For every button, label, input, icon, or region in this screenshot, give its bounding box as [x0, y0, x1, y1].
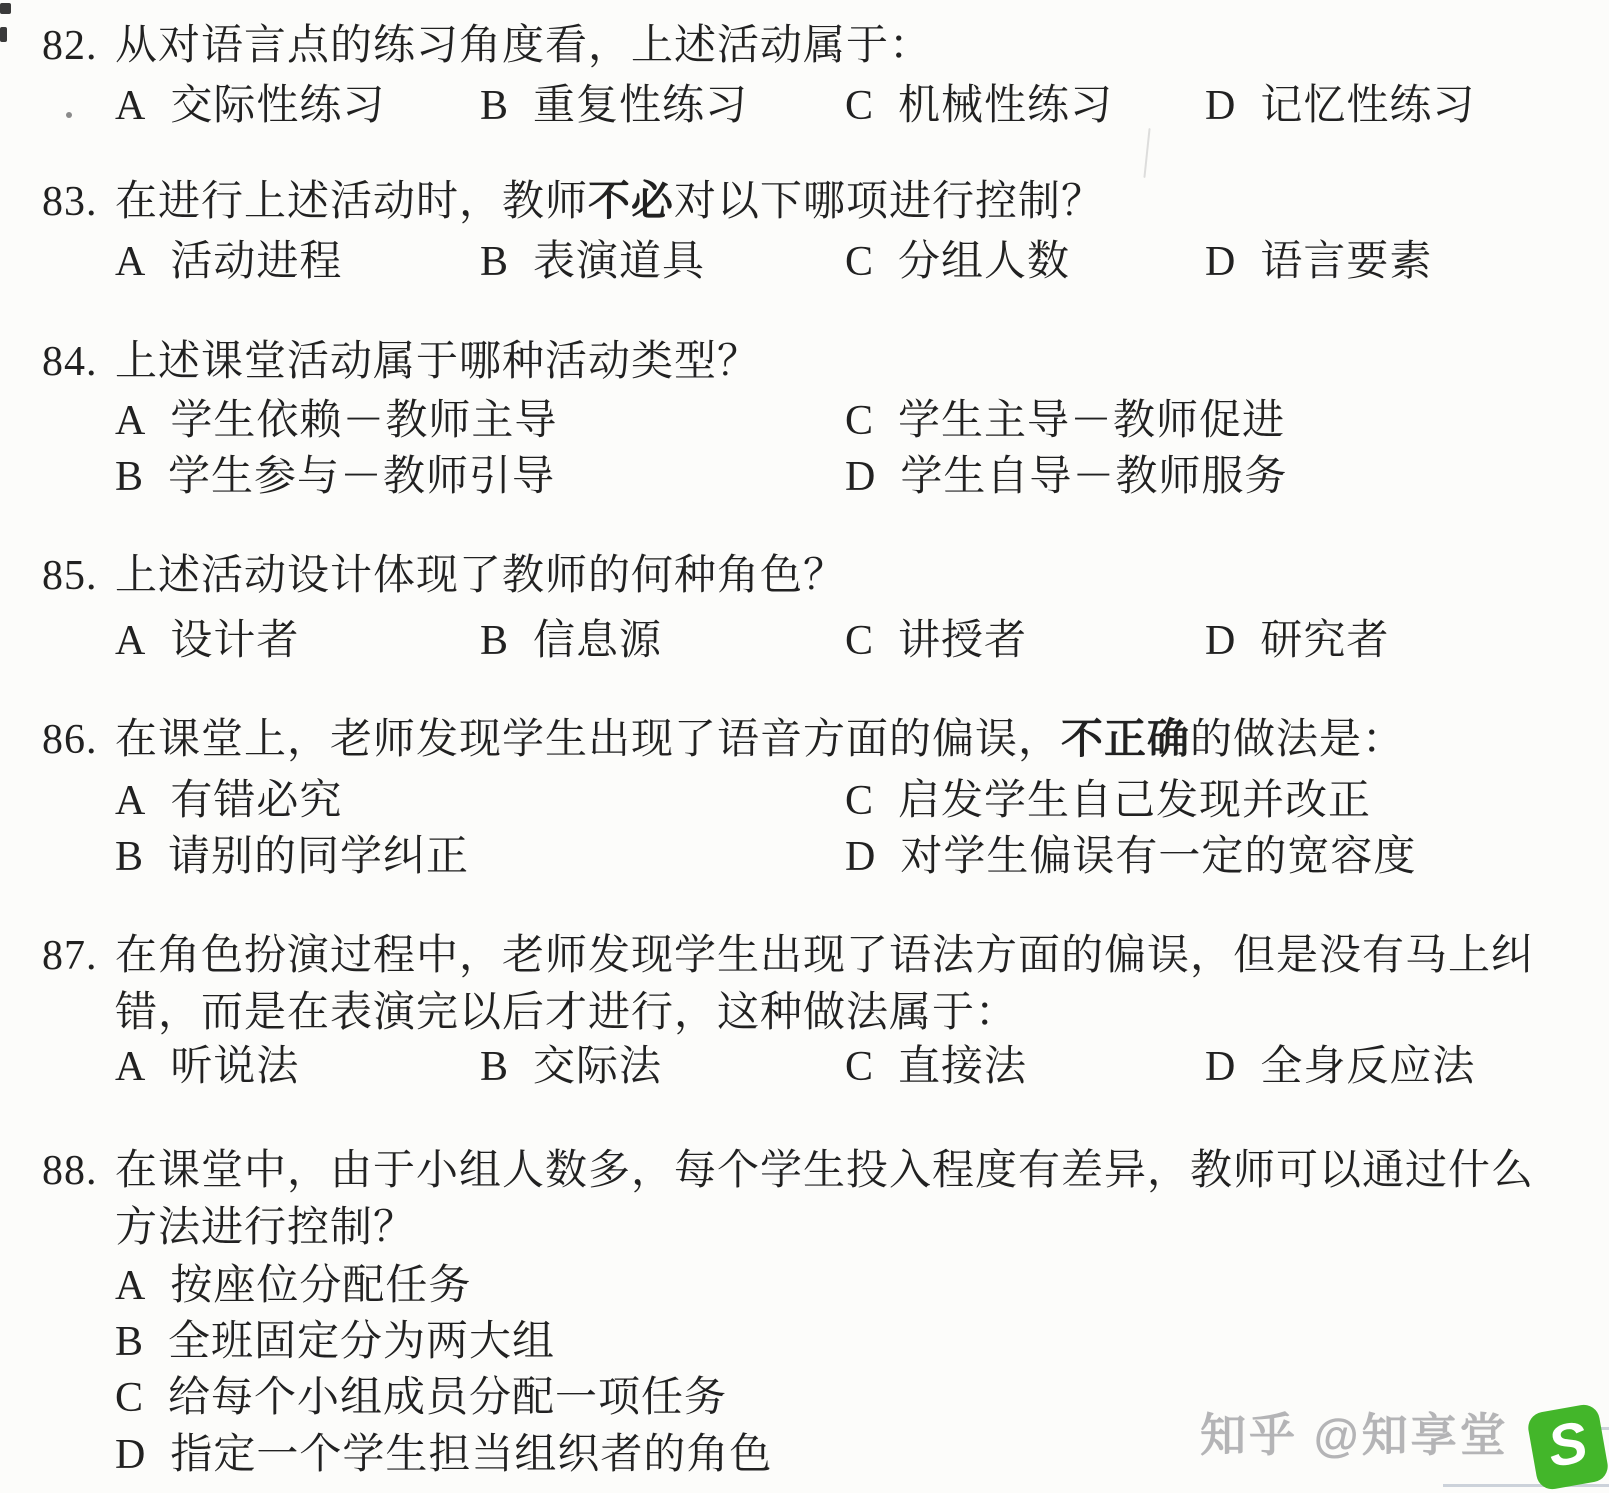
question-83-stem: 83.在进行上述活动时，教师不必对以下哪项进行控制？ [42, 178, 1104, 226]
option-label: C [845, 1043, 874, 1091]
logo-s-letter: S [1543, 1408, 1593, 1481]
option-label: B [480, 1043, 509, 1091]
option-label: A [115, 82, 146, 130]
question-82-stem: 82.从对语言点的练习角度看，上述活动属于： [42, 22, 932, 70]
option-label: C [115, 1374, 144, 1422]
option-label: B [115, 833, 144, 881]
option-text: 按座位分配任务 [170, 1263, 471, 1309]
question-86-bold-text: 不正确 [1061, 717, 1190, 763]
option-text: 学生自导－教师服务 [900, 454, 1287, 500]
scanned-exam-page: 82.从对语言点的练习角度看，上述活动属于： A交际性练习 B重复性练习 C机械… [0, 0, 1609, 1493]
question-82-option-d: D记忆性练习 [1205, 82, 1475, 130]
option-label: B [480, 617, 509, 665]
scan-artifact [0, 3, 11, 14]
question-87-number: 87. [42, 932, 115, 980]
option-label: C [845, 777, 874, 825]
option-text: 直接法 [898, 1044, 1027, 1090]
question-88-option-a: A按座位分配任务 [115, 1262, 471, 1310]
scan-artifact [66, 112, 72, 118]
question-82-text: 从对语言点的练习角度看，上述活动属于： [115, 23, 932, 69]
scan-artifact [1143, 128, 1150, 178]
question-84-text: 上述课堂活动属于哪种活动类型？ [115, 339, 760, 385]
question-83-bold-text: 不必 [588, 179, 674, 225]
option-text: 学生主导－教师促进 [898, 398, 1285, 444]
question-88-number: 88. [42, 1147, 115, 1195]
question-87-option-b: B交际法 [480, 1043, 662, 1091]
option-text: 重复性练习 [533, 83, 748, 129]
option-text: 学生参与－教师引导 [168, 454, 555, 500]
question-85-text: 上述活动设计体现了教师的何种角色？ [115, 553, 846, 599]
option-label: D [1205, 617, 1236, 665]
question-82-option-a: A交际性练习 [115, 82, 385, 130]
option-label: A [115, 1262, 146, 1310]
option-label: B [115, 453, 144, 501]
question-87-stem: 87.在角色扮演过程中，老师发现学生出现了语法方面的偏误，但是没有马上纠 [42, 932, 1534, 980]
option-text: 分组人数 [898, 239, 1070, 285]
option-label: C [845, 617, 874, 665]
option-text: 信息源 [533, 618, 662, 664]
question-86-number: 86. [42, 716, 115, 764]
option-text: 启发学生自己发现并改正 [898, 778, 1371, 824]
question-88-text: 方法进行控制？ [115, 1205, 416, 1251]
option-label: A [115, 1043, 146, 1091]
question-86-option-d: D对学生偏误有一定的宽容度 [845, 833, 1416, 881]
question-88-option-b: B全班固定分为两大组 [115, 1318, 555, 1366]
question-84-option-a: A学生依赖－教师主导 [115, 397, 557, 445]
question-86-option-c: C启发学生自己发现并改正 [845, 777, 1371, 825]
option-label: D [1205, 1043, 1236, 1091]
question-83-option-d: D语言要素 [1205, 238, 1432, 286]
question-86-option-a: A有错必究 [115, 777, 342, 825]
question-84-option-d: D学生自导－教师服务 [845, 453, 1287, 501]
question-86-text: 在课堂上，老师发现学生出现了语音方面的偏误， [115, 717, 1061, 763]
question-86-text: 的做法是： [1190, 717, 1405, 763]
option-text: 讲授者 [898, 618, 1027, 664]
option-label: A [115, 238, 146, 286]
question-88-option-d: D指定一个学生担当组织者的角色 [115, 1431, 772, 1479]
question-87-stem-line2: 错，而是在表演完以后才进行，这种做法属于： [115, 989, 1018, 1037]
option-text: 研究者 [1260, 618, 1389, 664]
divider-line [1443, 1484, 1609, 1487]
option-text: 指定一个学生担当组织者的角色 [170, 1432, 772, 1478]
question-86-stem: 86.在课堂上，老师发现学生出现了语音方面的偏误，不正确的做法是： [42, 716, 1405, 764]
option-label: D [1205, 82, 1236, 130]
question-85-option-b: B信息源 [480, 617, 662, 665]
question-87-option-a: A听说法 [115, 1043, 299, 1091]
question-88-text: 在课堂中，由于小组人数多，每个学生投入程度有差异，教师可以通过什么 [115, 1148, 1534, 1194]
option-label: C [845, 238, 874, 286]
option-label: C [845, 397, 874, 445]
option-text: 交际法 [533, 1044, 662, 1090]
option-label: B [480, 82, 509, 130]
option-text: 设计者 [170, 618, 299, 664]
option-text: 机械性练习 [898, 83, 1113, 129]
option-label: D [845, 833, 876, 881]
option-text: 活动进程 [170, 239, 342, 285]
question-83-option-a: A活动进程 [115, 238, 342, 286]
question-84-option-b: B学生参与－教师引导 [115, 453, 555, 501]
question-85-stem: 85.上述活动设计体现了教师的何种角色？ [42, 552, 846, 600]
question-83-number: 83. [42, 178, 115, 226]
question-84-option-c: C学生主导－教师促进 [845, 397, 1285, 445]
option-label: D [115, 1431, 146, 1479]
option-text: 对学生偏误有一定的宽容度 [900, 834, 1416, 880]
option-label: B [115, 1318, 144, 1366]
question-87-option-d: D全身反应法 [1205, 1043, 1475, 1091]
question-85-option-a: A设计者 [115, 617, 299, 665]
question-86-option-b: B请别的同学纠正 [115, 833, 469, 881]
question-82-number: 82. [42, 22, 115, 70]
watermark-text: 知乎 @知享堂 [1200, 1409, 1509, 1461]
question-88-option-c: C给每个小组成员分配一项任务 [115, 1374, 727, 1422]
scan-artifact [0, 27, 7, 42]
option-text: 给每个小组成员分配一项任务 [168, 1375, 727, 1421]
question-88-stem: 88.在课堂中，由于小组人数多，每个学生投入程度有差异，教师可以通过什么 [42, 1147, 1534, 1195]
option-label: A [115, 397, 146, 445]
option-label: D [1205, 238, 1236, 286]
question-84-number: 84. [42, 338, 115, 386]
option-label: B [480, 238, 509, 286]
option-label: C [845, 82, 874, 130]
option-text: 请别的同学纠正 [168, 834, 469, 880]
question-85-option-d: D研究者 [1205, 617, 1389, 665]
question-83-text: 在进行上述活动时，教师 [115, 179, 588, 225]
question-87-text: 在角色扮演过程中，老师发现学生出现了语法方面的偏误，但是没有马上纠 [115, 933, 1534, 979]
question-83-option-c: C分组人数 [845, 238, 1070, 286]
option-text: 语言要素 [1260, 239, 1432, 285]
question-87-text: 错，而是在表演完以后才进行，这种做法属于： [115, 990, 1018, 1036]
option-text: 全身反应法 [1260, 1044, 1475, 1090]
question-85-option-c: C讲授者 [845, 617, 1027, 665]
question-83-option-b: B表演道具 [480, 238, 705, 286]
option-text: 有错必究 [170, 778, 342, 824]
option-text: 全班固定分为两大组 [168, 1319, 555, 1365]
option-text: 记忆性练习 [1260, 83, 1475, 129]
option-label: A [115, 777, 146, 825]
question-85-number: 85. [42, 552, 115, 600]
option-text: 听说法 [170, 1044, 299, 1090]
question-82-option-c: C机械性练习 [845, 82, 1113, 130]
option-text: 交际性练习 [170, 83, 385, 129]
option-label: A [115, 617, 146, 665]
question-82-option-b: B重复性练习 [480, 82, 748, 130]
option-label: D [845, 453, 876, 501]
option-text: 学生依赖－教师主导 [170, 398, 557, 444]
option-text: 表演道具 [533, 239, 705, 285]
question-87-option-c: C直接法 [845, 1043, 1027, 1091]
zhihu-share-logo: S [1526, 1402, 1609, 1491]
question-83-text: 对以下哪项进行控制？ [674, 179, 1104, 225]
question-84-stem: 84.上述课堂活动属于哪种活动类型？ [42, 338, 760, 386]
question-88-stem-line2: 方法进行控制？ [115, 1204, 416, 1252]
watermark: 知乎 @知享堂 [1200, 1399, 1509, 1465]
